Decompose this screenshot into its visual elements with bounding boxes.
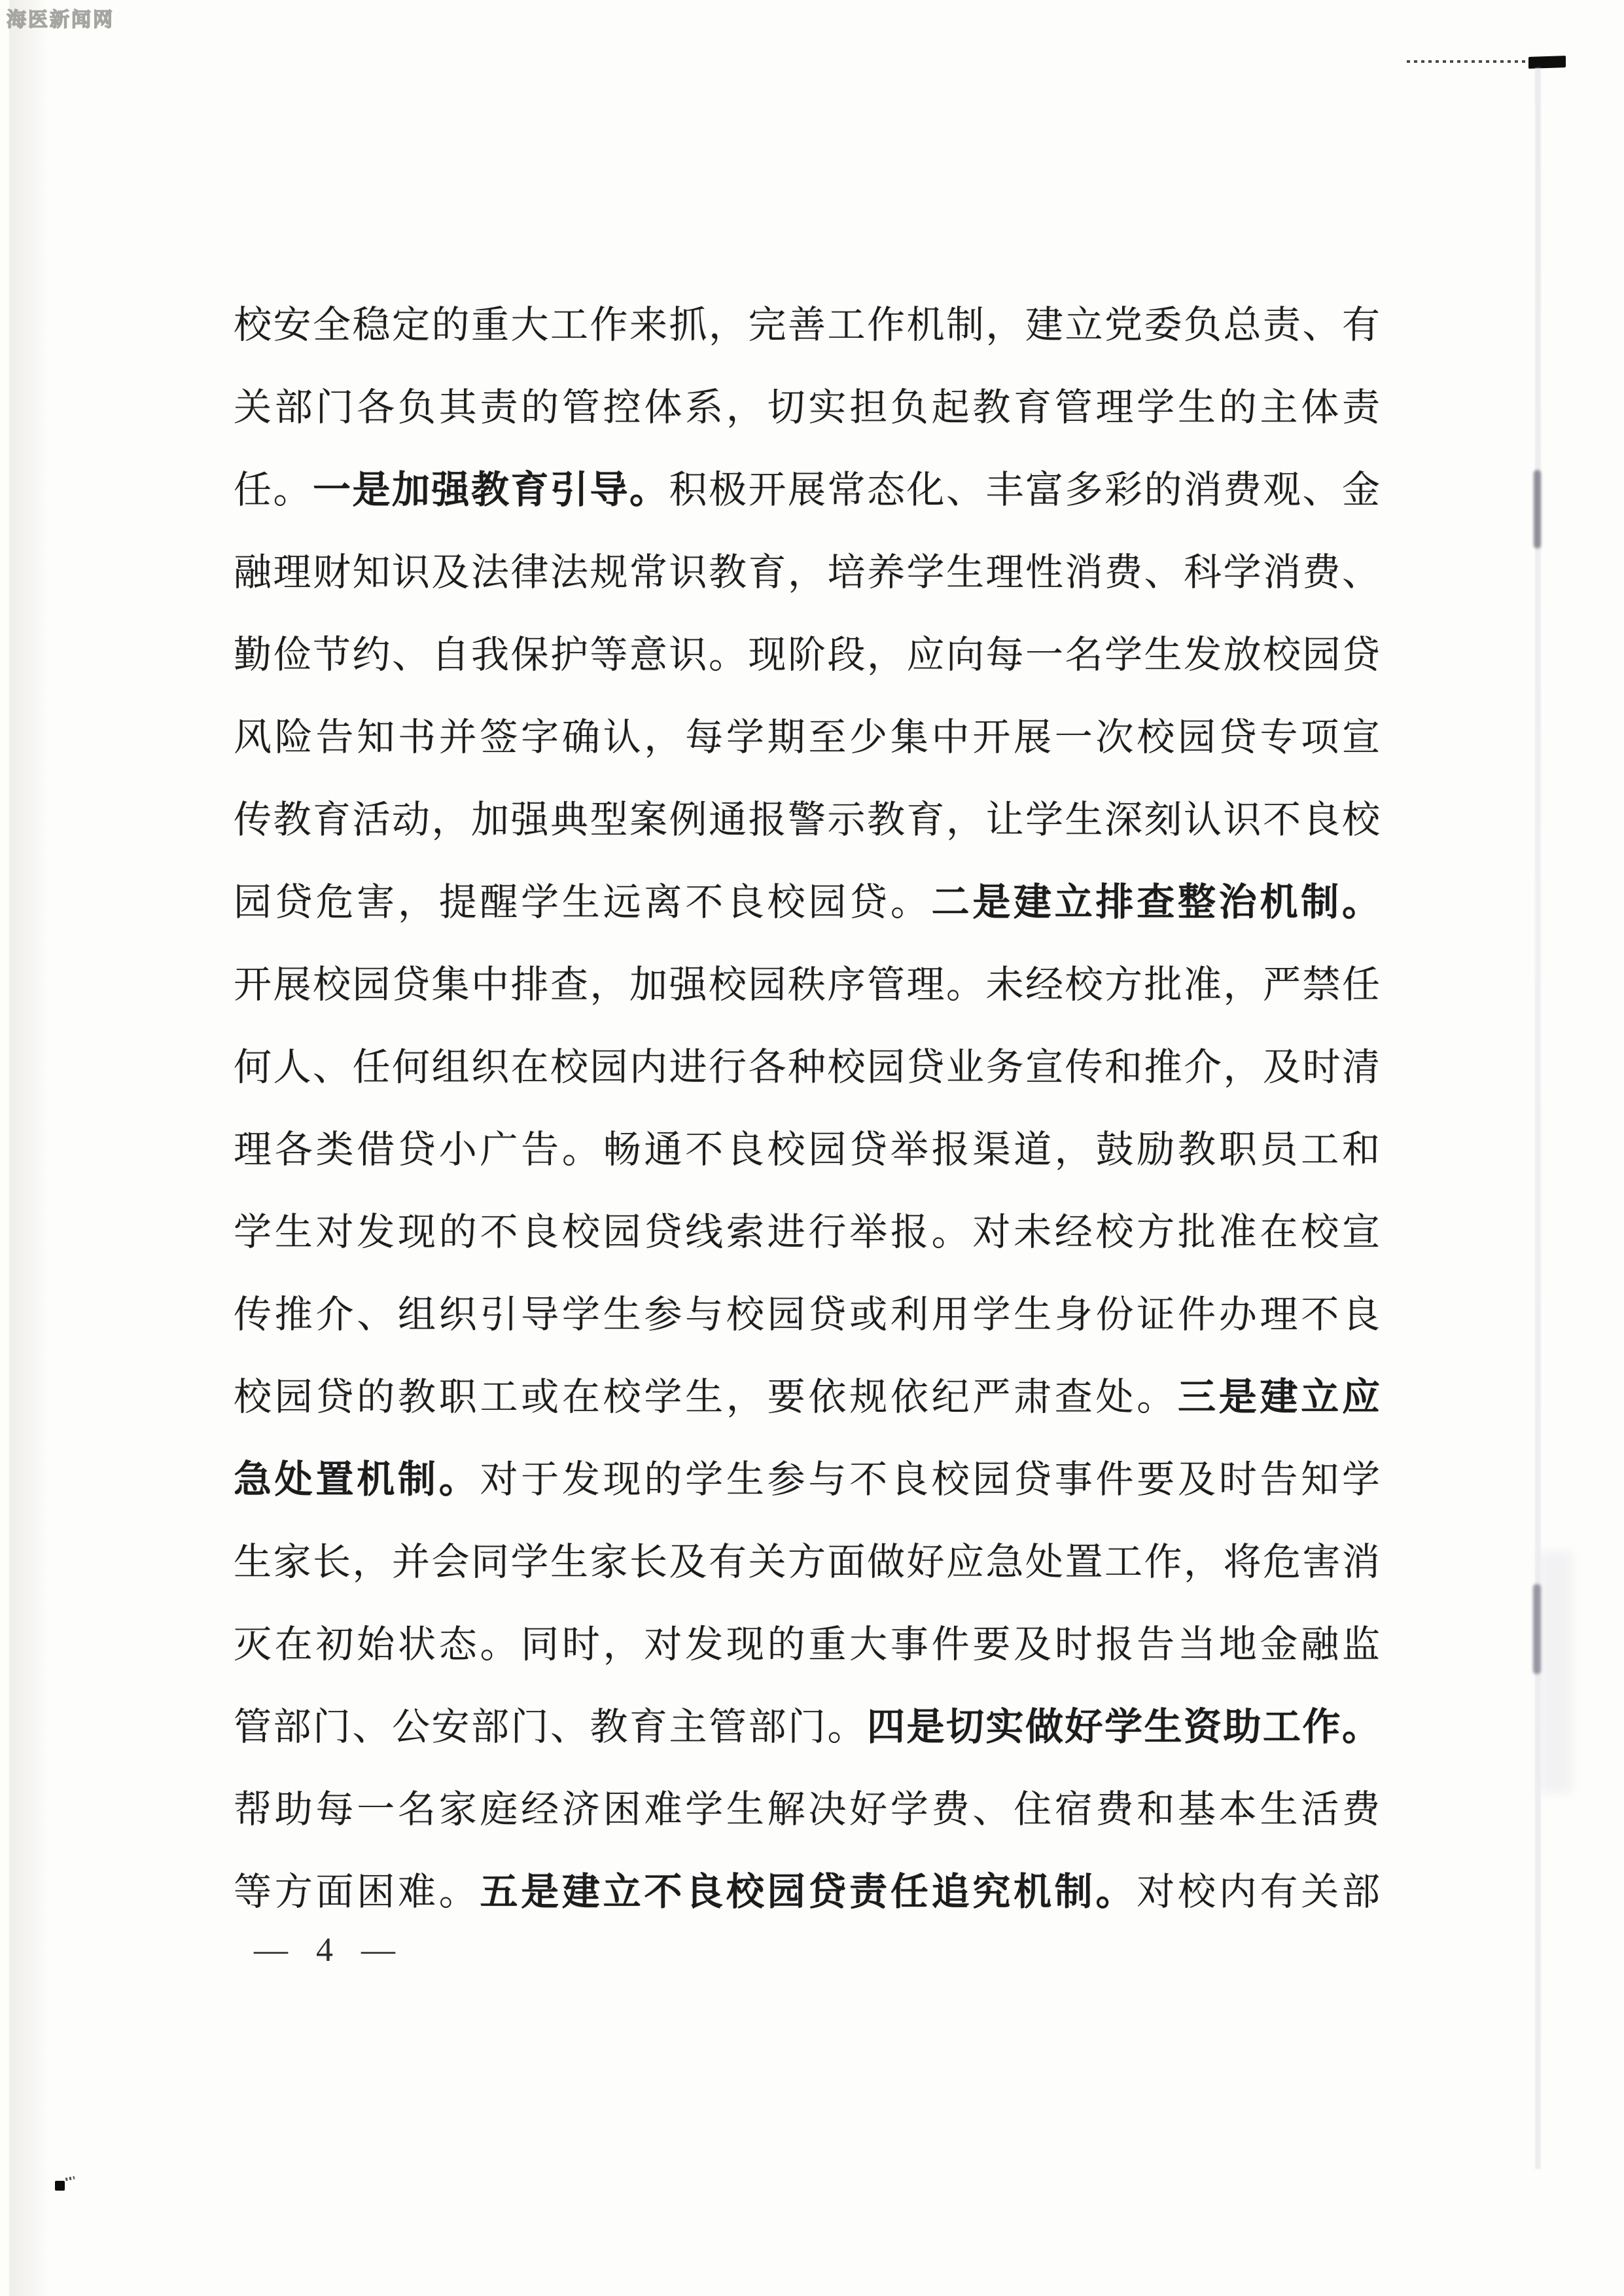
text-line: 融理财知识及法律法规常识教育，培养学生理性消费、科学消费、 [234, 531, 1380, 614]
text-line: 风险告知书并签字确认，每学期至少集中开展一次校园贷专项宣 [234, 696, 1380, 779]
text-segment: 校园贷的教职工或在校学生，要依规依纪严肃查处。 [234, 1376, 1178, 1418]
text-line: 灭在初始状态。同时，对发现的重大事件要及时报告当地金融监 [234, 1604, 1380, 1686]
text-segment: 任。 [234, 469, 313, 511]
text-segment: 积极开展常态化、丰富多彩的消费观、金 [669, 469, 1380, 511]
text-segment: 传教育活动，加强典型案例通报警示教育，让学生深刻认识不良校 [234, 798, 1380, 841]
text-segment: 三是建立应 [1178, 1376, 1380, 1418]
text-segment: 传推介、组织引导学生参与校园贷或利用学生身份证件办理不良 [234, 1293, 1380, 1336]
scan-artifact-streak-blob-1 [1534, 470, 1541, 548]
text-segment: 管部门、公安部门、教育主管部门。 [234, 1706, 867, 1748]
text-line: 校安全稳定的重大工作来抓，完善工作机制，建立党委负总责、有 [234, 284, 1380, 367]
text-segment: 何人、任何组织在校园内进行各种校园贷业务宣传和推介，及时清 [234, 1046, 1380, 1088]
text-segment: 风险告知书并签字确认，每学期至少集中开展一次校园贷专项宣 [234, 716, 1380, 759]
text-line: 何人、任何组织在校园内进行各种校园贷业务宣传和推介，及时清 [234, 1026, 1380, 1109]
text-segment: 一是加强教育引导。 [313, 469, 669, 511]
text-segment: 五是建立不良校园贷责任追究机制。 [480, 1871, 1137, 1913]
text-segment: 等方面困难。 [234, 1871, 480, 1913]
text-segment: 关部门各负其责的管控体系，切实担负起教育管理学生的主体责 [234, 386, 1380, 429]
text-segment: 灭在初始状态。同时，对发现的重大事件要及时报告当地金融监 [234, 1623, 1380, 1666]
site-watermark: 海医新闻网 [7, 3, 115, 32]
text-segment: 融理财知识及法律法规常识教育，培养学生理性消费、科学消费、 [234, 551, 1380, 594]
scanned-page: 海医新闻网 校安全稳定的重大工作来抓，完善工作机制，建立党委负总责、有 关部门各… [0, 0, 1624, 2296]
text-segment: 校安全稳定的重大工作来抓，完善工作机制，建立党委负总责、有 [234, 304, 1380, 346]
text-line: 园贷危害，提醒学生远离不良校园贷。二是建立排查整治机制。 [234, 861, 1380, 944]
text-segment: 对校内有关部 [1137, 1871, 1380, 1913]
text-line: 传推介、组织引导学生参与校园贷或利用学生身份证件办理不良 [234, 1274, 1380, 1356]
text-segment: 开展校园贷集中排查，加强校园秩序管理。未经校方批准，严禁任 [234, 963, 1380, 1006]
text-segment: 四是切实做好学生资助工作。 [867, 1706, 1380, 1748]
text-segment: 生家长，并会同学生家长及有关方面做好应急处置工作，将危害消 [234, 1541, 1380, 1583]
text-line: 急处置机制。对于发现的学生参与不良校园贷事件要及时告知学 [234, 1439, 1380, 1521]
text-line: 校园贷的教职工或在校学生，要依规依纪严肃查处。三是建立应 [234, 1356, 1380, 1439]
scan-artifact-left-edge-band [9, 0, 48, 2296]
text-line: 管部门、公安部门、教育主管部门。四是切实做好学生资助工作。 [234, 1686, 1380, 1768]
text-segment: 帮助每一名家庭经济困难学生解决好学费、住宿费和基本生活费 [234, 1788, 1380, 1831]
scan-artifact-binding-streak [1535, 68, 1541, 2169]
text-segment: 勤俭节约、自我保护等意识。现阶段，应向每一名学生发放校园贷 [234, 634, 1380, 676]
text-segment: 学生对发现的不良校园贷线索进行举报。对未经校方批准在校宣 [234, 1211, 1380, 1253]
text-segment: 对于发现的学生参与不良校园贷事件要及时告知学 [480, 1458, 1380, 1501]
scan-artifact-streak-haze [1539, 1551, 1573, 1793]
scan-artifact-corner-bar [1528, 56, 1566, 69]
text-line: 生家长，并会同学生家长及有关方面做好应急处置工作，将危害消 [234, 1521, 1380, 1604]
body-text: 校安全稳定的重大工作来抓，完善工作机制，建立党委负总责、有 关部门各负其责的管控… [234, 284, 1380, 1933]
text-line: 勤俭节约、自我保护等意识。现阶段，应向每一名学生发放校园贷 [234, 614, 1380, 696]
text-segment: 理各类借贷小广告。畅通不良校园贷举报渠道，鼓励教职员工和 [234, 1128, 1380, 1171]
text-line: 关部门各负其责的管控体系，切实担负起教育管理学生的主体责 [234, 367, 1380, 449]
text-line: 任。一是加强教育引导。积极开展常态化、丰富多彩的消费观、金 [234, 449, 1380, 531]
text-line: 开展校园贷集中排查，加强校园秩序管理。未经校方批准，严禁任 [234, 944, 1380, 1026]
text-line: 理各类借贷小广告。畅通不良校园贷举报渠道，鼓励教职员工和 [234, 1109, 1380, 1191]
text-line: 学生对发现的不良校园贷线索进行举报。对未经校方批准在校宣 [234, 1191, 1380, 1274]
text-line: 传教育活动，加强典型案例通报警示教育，让学生深刻认识不良校 [234, 779, 1380, 861]
text-line: 帮助每一名家庭经济困难学生解决好学费、住宿费和基本生活费 [234, 1768, 1380, 1851]
scan-artifact-dotted-line [1407, 60, 1528, 63]
text-segment: 二是建立排查整治机制。 [932, 881, 1380, 924]
scan-artifact-streak-blob-2 [1533, 1584, 1541, 1674]
text-line: 等方面困难。五是建立不良校园贷责任追究机制。对校内有关部 [234, 1851, 1380, 1933]
scan-artifact-ink-dot [55, 2181, 65, 2191]
text-segment: 急处置机制。 [234, 1458, 480, 1501]
page-number: — 4 — [254, 1931, 397, 1969]
text-segment: 园贷危害，提醒学生远离不良校园贷。 [234, 881, 932, 924]
